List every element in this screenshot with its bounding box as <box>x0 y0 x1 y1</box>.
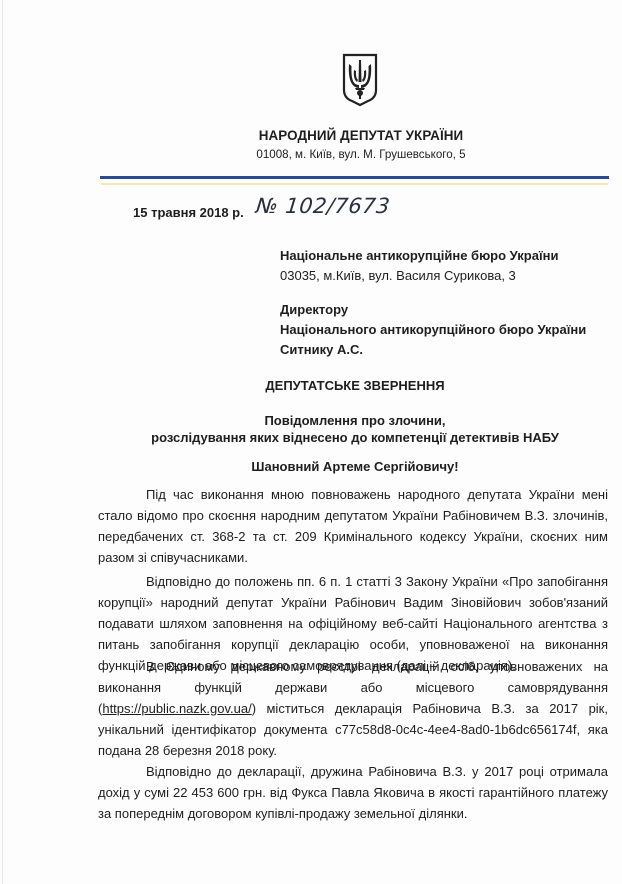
paragraph-text: Під час виконання мною повноважень народ… <box>98 484 608 568</box>
sender-title: НАРОДНИЙ ДЕПУТАТ УКРАЇНИ <box>0 128 622 143</box>
recipient-block: Національне антикорупційне бюро України … <box>280 246 586 360</box>
coat-of-arms-icon <box>340 52 380 108</box>
registry-link[interactable]: https://public.nazk.gov.ua/ <box>102 701 251 716</box>
recipient-address: 03035, м.Київ, вул. Василя Сурикова, 3 <box>280 266 586 286</box>
body-paragraph-4: Відповідно до декларації, дружина Рабіно… <box>98 761 608 824</box>
paragraph-text: Відповідно до декларації, дружина Рабіно… <box>98 761 608 824</box>
document-subject: Повідомлення про злочини, розслідування … <box>100 412 610 446</box>
letter-page: НАРОДНИЙ ДЕПУТАТ УКРАЇНИ 01008, м. Київ,… <box>0 0 622 884</box>
sender-address: 01008, м. Київ, вул. М. Грушевського, 5 <box>0 148 622 161</box>
header-divider-blue <box>100 176 609 179</box>
body-paragraph-1: Під час виконання мною повноважень народ… <box>98 484 608 568</box>
body-paragraph-3: В Єдиному державному реєстрі декларацій … <box>98 656 608 761</box>
recipient-org: Національне антикорупційне бюро України <box>280 246 586 266</box>
registration-number: № 102/7673 <box>255 194 392 218</box>
letter-date: 15 травня 2018 р. <box>133 205 244 220</box>
header-divider-yellow <box>101 183 608 185</box>
subject-line-1: Повідомлення про злочини, <box>100 412 610 429</box>
paragraph-text: В Єдиному державному реєстрі декларацій … <box>98 656 608 761</box>
subject-line-2: розслідування яких віднесено до компетен… <box>100 429 610 446</box>
recipient-position-org: Національного антикорупційного бюро Укра… <box>280 320 586 340</box>
recipient-name: Ситнику А.С. <box>280 340 586 360</box>
recipient-position: Директору <box>280 300 586 320</box>
salutation: Шановний Артеме Сергійовичу! <box>100 459 610 474</box>
document-type: ДЕПУТАТСЬКЕ ЗВЕРНЕННЯ <box>100 378 610 393</box>
